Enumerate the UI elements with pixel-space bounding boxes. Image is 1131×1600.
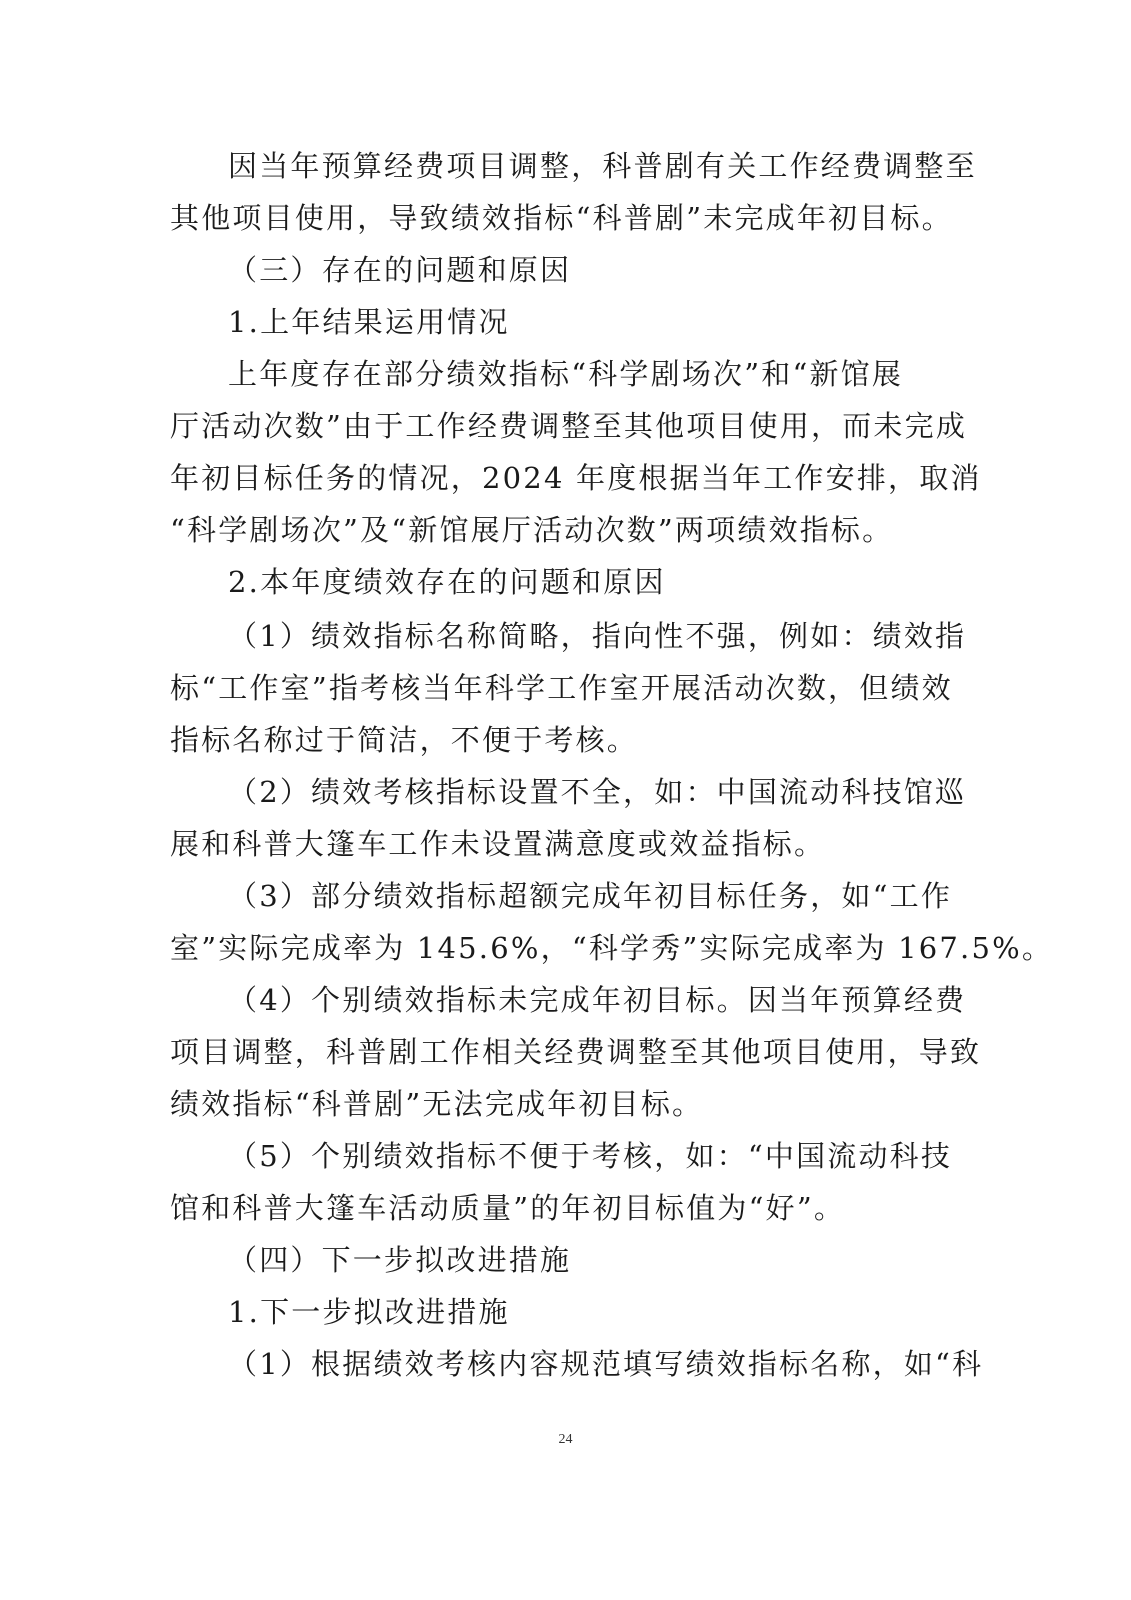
paragraph-line: 上年度存在部分绩效指标“科学剧场次”和“新馆展	[228, 356, 1008, 392]
paragraph-line: 厅活动次数”由于工作经费调整至其他项目使用，而未完成	[170, 408, 950, 444]
subsection-heading: 2.本年度绩效存在的问题和原因	[228, 564, 1008, 600]
list-item-line: （1）根据绩效考核内容规范填写绩效指标名称，如“科	[228, 1346, 1008, 1382]
paragraph-line: 项目调整，科普剧工作相关经费调整至其他项目使用，导致	[170, 1034, 950, 1070]
paragraph-line: 指标名称过于简洁，不便于考核。	[170, 722, 950, 758]
section-heading-4: （四）下一步拟改进措施	[228, 1242, 1008, 1278]
list-item-line: （3）部分绩效指标超额完成年初目标任务，如“工作	[228, 878, 1008, 914]
paragraph-line: 绩效指标“科普剧”无法完成年初目标。	[170, 1086, 950, 1122]
paragraph-line: 馆和科普大篷车活动质量”的年初目标值为“好”。	[170, 1190, 950, 1226]
paragraph-line: 其他项目使用，导致绩效指标“科普剧”未完成年初目标。	[170, 200, 950, 236]
list-item-line: （4）个别绩效指标未完成年初目标。因当年预算经费	[228, 982, 1008, 1018]
paragraph-line: 因当年预算经费项目调整，科普剧有关工作经费调整至	[228, 148, 1008, 184]
list-item-line: （5）个别绩效指标不便于考核，如：“中国流动科技	[228, 1138, 1008, 1174]
paragraph-line: “科学剧场次”及“新馆展厅活动次数”两项绩效指标。	[170, 512, 950, 548]
subsection-heading: 1.上年结果运用情况	[228, 304, 1008, 340]
subsection-heading: 1.下一步拟改进措施	[228, 1294, 1008, 1330]
list-item-line: （2）绩效考核指标设置不全，如：中国流动科技馆巡	[228, 774, 1008, 810]
paragraph-line: 标“工作室”指考核当年科学工作室开展活动次数，但绩效	[170, 670, 950, 706]
list-item-line: （1）绩效指标名称简略，指向性不强，例如：绩效指	[228, 618, 1008, 654]
page-number: 24	[0, 1432, 1131, 1448]
paragraph-line: 年初目标任务的情况，2024 年度根据当年工作安排，取消	[170, 460, 950, 496]
paragraph-line: 展和科普大篷车工作未设置满意度或效益指标。	[170, 826, 950, 862]
document-page: 因当年预算经费项目调整，科普剧有关工作经费调整至 其他项目使用，导致绩效指标“科…	[0, 0, 1131, 1600]
paragraph-line: 室”实际完成率为 145.6%，“科学秀”实际完成率为 167.5%。	[170, 930, 950, 966]
section-heading-3: （三）存在的问题和原因	[228, 252, 1008, 288]
